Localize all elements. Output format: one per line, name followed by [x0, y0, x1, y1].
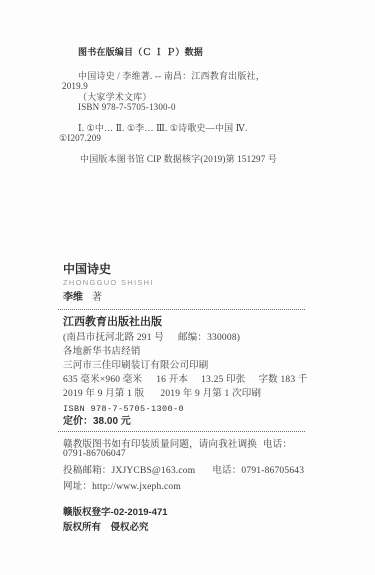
sheet-size: 635 毫米×960 毫米 [63, 375, 142, 385]
dotted-divider-top [58, 309, 305, 310]
publisher-postcode: 邮编：330008) [178, 333, 240, 343]
cip-record-line1: 中国诗史 / 李维著. -- 南昌：江西教育出版社， [78, 71, 321, 82]
price-line: 定价：38.00 元 [63, 417, 315, 427]
imprint-column: 中国诗史 ZHONGGUO SHISHI 李维著 江西教育出版社出版 (南昌市抚… [63, 263, 315, 533]
dotted-divider-bottom [58, 431, 305, 432]
isbn-line: ISBN 978-7-5705-1300-0 [63, 405, 315, 414]
edition-line: 2019 年 9 月第 1 版2019 年 9 月第 1 次印刷 [63, 390, 315, 400]
cip-heading: 图书在版编目（Ｃ Ｉ Ｐ）数据 [78, 47, 321, 58]
printed-sheets: 13.25 印张 [201, 375, 245, 385]
author-line: 李维著 [63, 293, 315, 303]
quality-note: 赣教版图书如有印装质量问题，请向我社调换 [63, 440, 257, 450]
printing: 2019 年 9 月第 1 次印刷 [160, 389, 261, 399]
copyright-page: 图书在版编目（Ｃ Ｉ Ｐ）数据 中国诗史 / 李维著. -- 南昌：江西教育出版… [0, 0, 375, 575]
publisher-line: 江西教育出版社出版 [63, 317, 315, 329]
cip-record-line2: 2019.9 [62, 81, 321, 92]
format-line: 635 毫米×960 毫米16 开本13.25 印张字数 183 千 [63, 376, 315, 386]
quality-note-line: 赣教版图书如有印装质量问题，请向我社调换电话：0791-86706047 [63, 441, 315, 460]
cip-isbn: ISBN 978-7-5705-1300-0 [78, 102, 321, 113]
cip-block: 图书在版编目（Ｃ Ｉ Ｐ）数据 中国诗史 / 李维著. -- 南昌：江西教育出版… [59, 47, 321, 164]
word-count: 字数 183 千 [258, 375, 307, 385]
cip-classification-line1: Ⅰ. ①中… Ⅱ. ①李… Ⅲ. ①诗歌史—中国 Ⅳ. [78, 123, 321, 134]
edition: 2019 年 9 月第 1 版 [63, 389, 144, 399]
publisher-address-line: (南昌市抚河北路 291 号邮编：330008) [63, 334, 315, 344]
cip-series: （大家学术文库） [78, 92, 321, 103]
author-role: 著 [92, 292, 102, 303]
book-format: 16 开本 [156, 375, 188, 385]
submission-email: 投稿邮箱：JXJYCBS@163.com [63, 466, 195, 476]
email-phone: 电话：0791-86705643 [212, 466, 304, 476]
website-line: 网址：http://www.jxeph.com [63, 483, 315, 493]
copyright-registration: 赣版权登字-02-2019-471 [63, 508, 315, 518]
author-name: 李维 [63, 292, 83, 303]
printer-line: 三河市三佳印刷装订有限公司印刷 [63, 362, 315, 372]
email-line: 投稿邮箱：JXJYCBS@163.com电话：0791-86705643 [63, 467, 315, 477]
book-title: 中国诗史 [63, 263, 315, 275]
distribution-line: 各地新华书店经销 [63, 348, 315, 358]
copyright-notice: 版权所有 侵权必究 [63, 523, 315, 533]
publisher-address: (南昌市抚河北路 291 号 [63, 333, 164, 343]
cip-registry-number: 中国版本图书馆 CIP 数据核字(2019)第 151297 号 [80, 154, 321, 165]
book-title-pinyin: ZHONGGUO SHISHI [63, 279, 315, 287]
cip-classification-line2: ①I207.209 [59, 133, 321, 144]
